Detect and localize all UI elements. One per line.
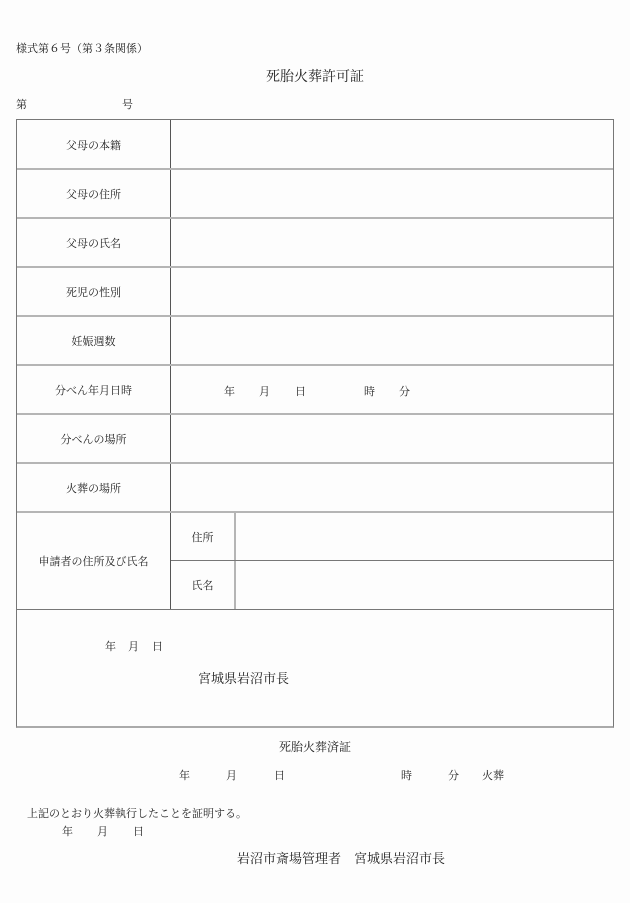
cremation-label: 火葬 xyxy=(482,767,504,783)
row-label: 死児の性別 xyxy=(17,268,171,315)
row-label: 分べんの場所 xyxy=(17,415,171,462)
birth-datetime-field[interactable]: 年 月 日 時 分 xyxy=(171,366,613,413)
row-label: 父母の住所 xyxy=(17,170,171,217)
year-unit: 年 xyxy=(179,767,190,783)
address-label: 住所 xyxy=(171,513,236,561)
row-label: 父母の氏名 xyxy=(17,219,171,266)
hour-unit: 時 xyxy=(401,767,412,783)
value-field[interactable] xyxy=(171,219,613,266)
form-code: 様式第６号（第３条関係） xyxy=(16,40,148,56)
month-unit: 月 xyxy=(226,767,237,783)
permit-table: 父母の本籍 父母の住所 父母の氏名 死児の性別 妊娠週数 分べん年月日時 年 月… xyxy=(16,119,614,728)
row-label: 父母の本籍 xyxy=(17,120,171,169)
page-title: 死胎火葬許可証 xyxy=(0,66,630,86)
signers: 岩沼市斎場管理者 宮城県岩沼市長 xyxy=(237,848,445,867)
applicant-address-field[interactable] xyxy=(237,513,613,561)
month-unit: 月 xyxy=(128,638,139,654)
applicant-row: 申請者の住所及び氏名 住所 氏名 xyxy=(17,511,613,609)
issuer: 宮城県岩沼市長 xyxy=(198,668,289,687)
day-unit: 日 xyxy=(274,767,285,783)
name-label: 氏名 xyxy=(171,561,236,609)
number-suffix: 号 xyxy=(122,96,133,112)
table-row: 火葬の場所 xyxy=(17,462,613,511)
year-unit: 年 xyxy=(105,638,116,654)
applicant-name-field[interactable] xyxy=(237,561,613,609)
table-row: 妊娠週数 xyxy=(17,315,613,364)
day-unit: 日 xyxy=(133,823,144,839)
row-label: 分べん年月日時 xyxy=(17,366,171,413)
year-unit: 年 xyxy=(62,823,73,839)
hour-unit: 時 xyxy=(364,383,375,399)
minute-unit: 分 xyxy=(448,767,459,783)
year-unit: 年 xyxy=(224,383,235,399)
day-unit: 日 xyxy=(295,383,306,399)
completion-title: 死胎火葬済証 xyxy=(0,738,630,755)
row-label: 火葬の場所 xyxy=(17,464,171,511)
value-field[interactable] xyxy=(171,170,613,217)
table-row: 死児の性別 xyxy=(17,266,613,315)
value-field[interactable] xyxy=(171,415,613,462)
value-field[interactable] xyxy=(171,120,613,169)
issue-section: 年 月 日 宮城県岩沼市長 xyxy=(17,609,613,726)
row-label: 妊娠週数 xyxy=(17,317,171,364)
month-unit: 月 xyxy=(97,823,108,839)
value-field[interactable] xyxy=(171,268,613,315)
month-unit: 月 xyxy=(259,383,270,399)
table-row: 分べんの場所 xyxy=(17,413,613,462)
table-row: 父母の本籍 xyxy=(17,120,613,169)
applicant-label: 申請者の住所及び氏名 xyxy=(17,513,171,609)
table-row: 父母の氏名 xyxy=(17,217,613,266)
day-unit: 日 xyxy=(152,638,163,654)
value-field[interactable] xyxy=(171,317,613,364)
number-prefix: 第 xyxy=(16,98,27,111)
table-row: 分べん年月日時 年 月 日 時 分 xyxy=(17,364,613,413)
permit-number: 第 号 xyxy=(16,96,27,112)
certify-text: 上記のとおり火葬執行したことを証明する。 xyxy=(27,805,247,821)
table-row: 父母の住所 xyxy=(17,168,613,217)
value-field[interactable] xyxy=(171,464,613,511)
minute-unit: 分 xyxy=(399,383,410,399)
